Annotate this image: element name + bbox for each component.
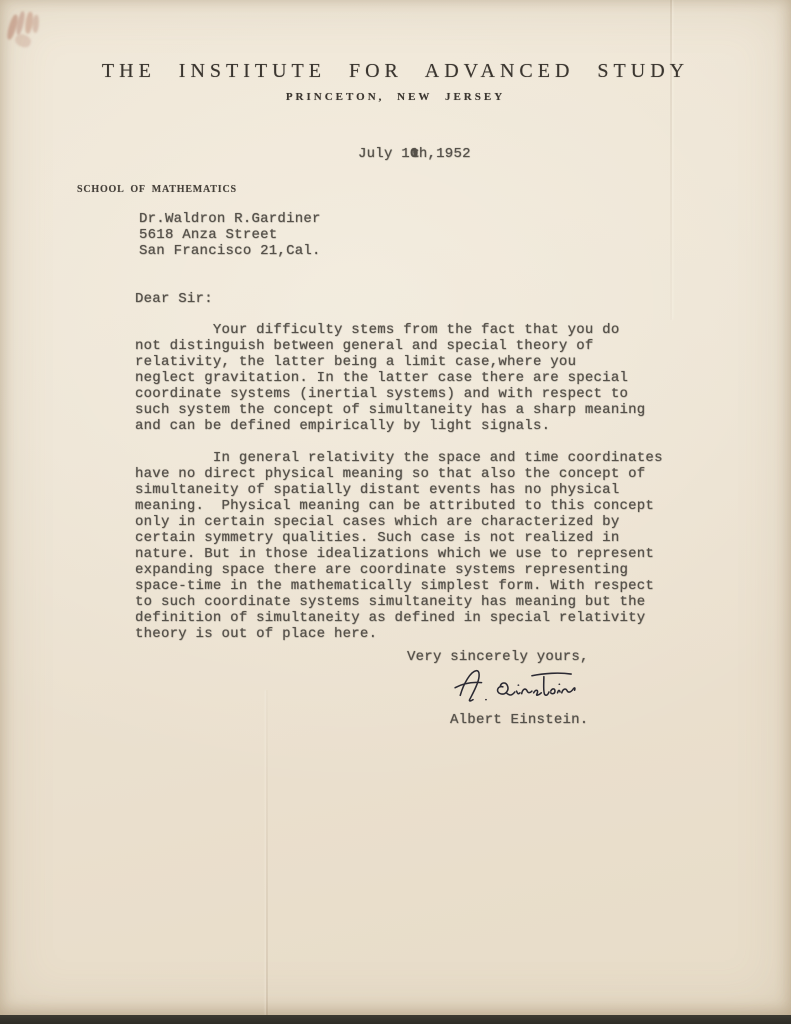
text-line: coordinate systems (inertial systems) an…: [135, 386, 645, 402]
text-line: such system the concept of simultaneity …: [135, 402, 645, 418]
recipient-address: Dr.Waldron R.Gardiner5618 Anza StreetSan…: [139, 211, 321, 259]
date-line: July 10th,1952: [358, 146, 471, 162]
text-line: not distinguish between general and spec…: [135, 338, 645, 354]
text-line: space-time in the mathematically simples…: [135, 578, 663, 594]
text-line: and can be defined empirically by light …: [135, 418, 645, 434]
letter-paper: THE INSTITUTE FOR ADVANCED STUDY PRINCET…: [0, 0, 791, 1017]
text-line: only in certain special cases which are …: [135, 514, 663, 530]
department-label: SCHOOL OF MATHEMATICS: [77, 184, 237, 195]
date-overstrike-bottom: t: [411, 146, 420, 162]
letterhead-subtitle: PRINCETON, NEW JERSEY: [0, 91, 791, 103]
text-line: theory is out of place here.: [135, 626, 663, 642]
paper-crease-bottom-left: [266, 690, 268, 1015]
photo-background-edge: [0, 1015, 791, 1024]
text-line: In general relativity the space and time…: [135, 450, 663, 466]
text-line: expanding space there are coordinate sys…: [135, 562, 663, 578]
paper-crease-top-right: [670, 0, 672, 320]
ink-stain: [1, 5, 55, 61]
text-line: Your difficulty stems from the fact that…: [135, 322, 645, 338]
einstein-signature: [450, 664, 578, 708]
text-line: neglect gravitation. In the latter case …: [135, 370, 645, 386]
salutation: Dear Sir:: [135, 291, 213, 307]
valediction: Very sincerely yours,: [407, 649, 589, 665]
body-paragraph-1: Your difficulty stems from the fact that…: [135, 322, 645, 434]
date-suffix: h,1952: [419, 146, 471, 162]
text-line: 5618 Anza Street: [139, 227, 321, 243]
text-line: relativity, the latter being a limit cas…: [135, 354, 645, 370]
text-line: certain symmetry qualities. Such case is…: [135, 530, 663, 546]
text-line: San Francisco 21,Cal.: [139, 243, 321, 259]
letterhead-title: THE INSTITUTE FOR ADVANCED STUDY: [0, 60, 791, 83]
typed-signature-name: Albert Einstein.: [450, 712, 588, 728]
text-line: simultaneity of spatially distant events…: [135, 482, 663, 498]
date-prefix: July 1: [358, 146, 410, 162]
text-line: nature. But in those idealizations which…: [135, 546, 663, 562]
text-line: meaning. Physical meaning can be attribu…: [135, 498, 663, 514]
text-line: to such coordinate systems simultaneity …: [135, 594, 663, 610]
text-line: definition of simultaneity as defined in…: [135, 610, 663, 626]
text-line: Dr.Waldron R.Gardiner: [139, 211, 321, 227]
text-line: have no direct physical meaning so that …: [135, 466, 663, 482]
body-paragraph-2: In general relativity the space and time…: [135, 450, 663, 642]
